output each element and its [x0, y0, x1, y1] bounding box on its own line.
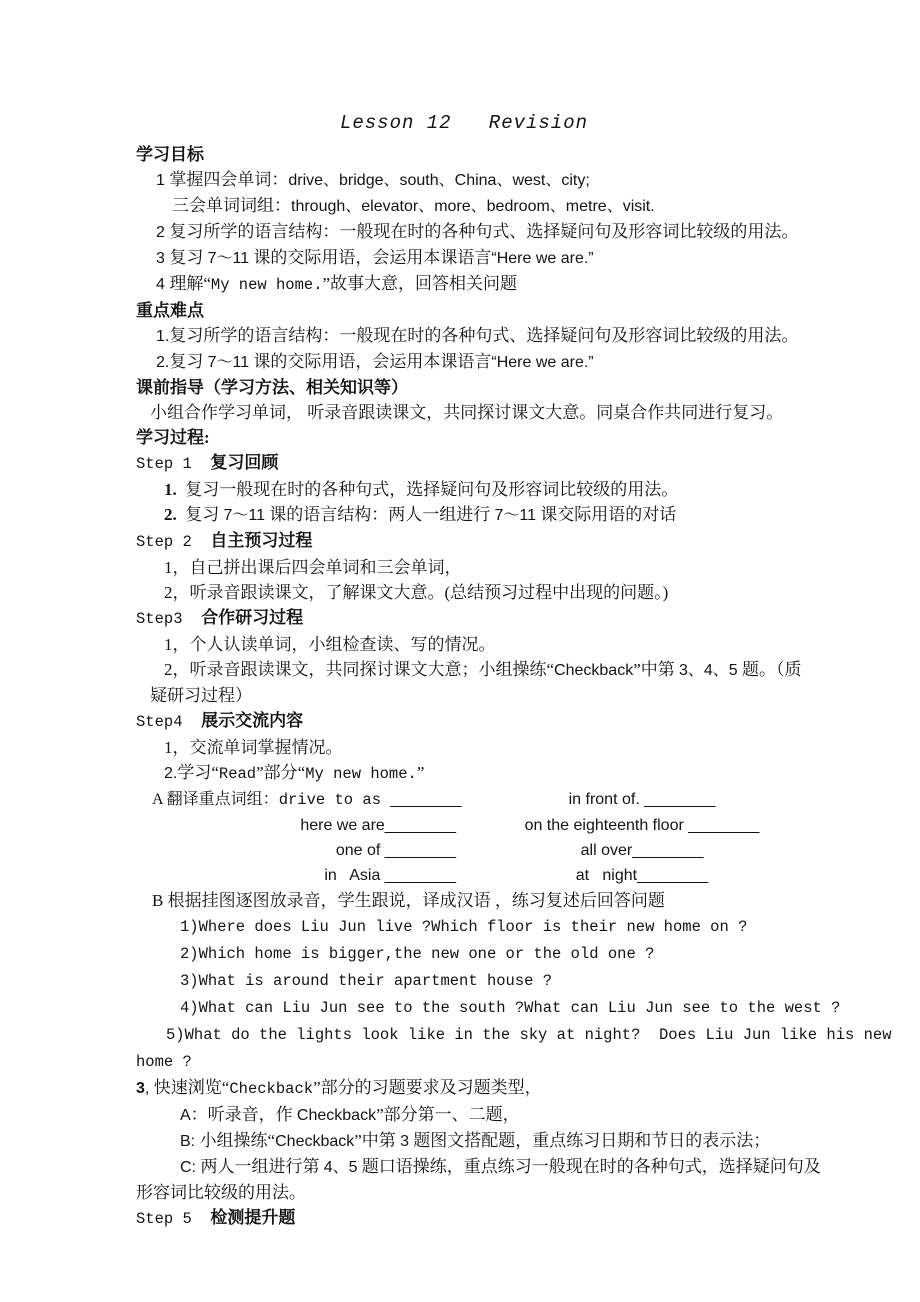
text-run: 1. — [164, 480, 177, 499]
goal-3: 3 复习 7～11 课的交际用语，会运用本课语言“Here we are.” — [136, 245, 792, 271]
text-run: Read — [219, 765, 256, 783]
text-run: 课的交际用语，会运用本课语言 — [249, 352, 491, 371]
blank-pair-right-cell: on the eighteenth floor ________ — [470, 813, 792, 838]
text-run: 1，交流单词掌握情况。 — [164, 738, 343, 757]
blank-row-2: here we are________on the eighteenth flo… — [136, 813, 792, 838]
question-5-cont: home ? — [136, 1048, 792, 1075]
blank-pair-right-cell: at night________ — [470, 863, 792, 888]
text-run: 复习回顾 — [210, 453, 278, 472]
heading-key-points: 重点难点 — [136, 298, 792, 323]
text-run: 小组操练“ — [200, 1131, 276, 1150]
text-run: on the eighteenth floor ________ — [525, 817, 760, 834]
heading-pre-class-guidance: 课前指导（学习方法、相关知识等） — [136, 375, 792, 400]
text-run: A — [180, 1107, 191, 1124]
question-4: 4)What can Liu Jun see to the south ?Wha… — [136, 994, 792, 1021]
text-run: 2)Which home is bigger,the new one or th… — [180, 945, 654, 963]
text-run: 形容词比较级的用法。 — [136, 1183, 306, 1202]
task-3c-cont: 形容词比较级的用法。 — [136, 1180, 792, 1205]
text-run: Step3 — [136, 610, 201, 628]
text-run: 3、4、5 — [679, 662, 738, 679]
step-5-heading: Step 5 检测提升题 — [136, 1205, 792, 1232]
blank-pair-left-cell: in Asia ________ — [136, 863, 470, 888]
text-run: ”部分的习题要求及习题类型， — [313, 1078, 542, 1097]
key-2: 2.复习 7～11 课的交际用语，会运用本课语言“Here we are.” — [136, 349, 792, 375]
text-run: 复习 — [177, 505, 224, 524]
text-run: 3 — [156, 250, 169, 267]
task-3a: A：听录音，作 Checkback”部分第一、二题， — [136, 1102, 792, 1128]
text-run: “Here we are.” — [491, 250, 593, 267]
step-3-heading: Step3 合作研习过程 — [136, 605, 792, 632]
text-run: at night________ — [576, 867, 709, 884]
step3-item-2-cont: 疑研习过程） — [136, 683, 792, 708]
text-run: A 翻译重点词组： — [152, 791, 279, 808]
text-run: 3)What is around their apartment house ? — [180, 972, 552, 990]
pre-class-note: 小组合作学习单词， 听录音跟读课文，共同探讨课文大意。同桌合作共同进行复习。 — [136, 400, 792, 425]
text-run: 1. — [156, 328, 169, 345]
step1-item-2: 2. 复习 7～11 课的语言结构：两人一组进行 7～11 课交际用语的对话 — [136, 502, 792, 528]
step4-item-1: 1，交流单词掌握情况。 — [136, 735, 792, 760]
text-run: 课的交际用语，会运用本课语言 — [249, 248, 491, 267]
blank-pair-left-cell: here we are________ — [136, 813, 470, 838]
text-run: 5)What do the lights look like in the sk… — [166, 1026, 892, 1044]
step-4-heading: Step4 展示交流内容 — [136, 708, 792, 735]
text-run: 4)What can Liu Jun see to the south ?Wha… — [180, 999, 840, 1017]
blank-row-3: one of ________all over________ — [136, 838, 792, 863]
question-1: 1)Where does Liu Jun live ?Which floor i… — [136, 913, 792, 940]
text-run: 学习目标 — [136, 145, 204, 164]
text-run: 复习 — [169, 248, 207, 267]
text-run: in Asia ________ — [324, 867, 456, 884]
task-3c: C: 两人一组进行第 4、5 题口语操练，重点练习一般现在时的各种句式，选择疑问… — [136, 1154, 792, 1180]
text-run: 2 — [156, 224, 169, 241]
text-run: 掌握四会单词： — [169, 170, 288, 189]
text-run: 复习所学的语言结构：一般现在时的各种句式、选择疑问句及形容词比较级的用法。 — [169, 222, 798, 241]
text-run: My new home. — [211, 276, 323, 294]
text-run: 7～11 — [208, 250, 250, 267]
text-run: 1)Where does Liu Jun live ?Which floor i… — [180, 918, 747, 936]
step3-item-2: 2，听录音跟读课文，共同探讨课文大意；小组操练“Checkback”中第 3、4… — [136, 657, 792, 683]
text-run: 2. — [164, 765, 177, 782]
document-lines: 学习目标1 掌握四会单词：drive、bridge、south、China、we… — [136, 142, 792, 1232]
text-run: 1 — [156, 172, 169, 189]
step1-item-1: 1. 复习一般现在时的各种句式，选择疑问句及形容词比较级的用法。 — [136, 477, 792, 502]
heading-learning-process: 学习过程: — [136, 425, 792, 450]
text-run: in front of. ________ — [569, 791, 716, 808]
text-run: 7～11 — [495, 507, 537, 524]
text-run: 复习所学的语言结构：一般现在时的各种句式、选择疑问句及形容词比较级的用法。 — [169, 326, 798, 345]
text-run: ”中第 — [633, 660, 679, 679]
text-run: 3 — [136, 1080, 145, 1097]
text-run: Step 1 — [136, 455, 210, 473]
text-run: 展示交流内容 — [201, 711, 303, 730]
text-run: Checkback — [554, 662, 633, 679]
text-run: B 根据挂图逐图放录音，学生跟说，译成汉语 ，练习复述后回答问题 — [152, 891, 665, 910]
text-run: 4、5 — [324, 1159, 358, 1176]
goal-4: 4 理解“My new home.”故事大意，回答相关问题 — [136, 271, 792, 298]
question-5: 5)What do the lights look like in the sk… — [136, 1021, 792, 1048]
blank-row-1: A 翻译重点词组：drive to as ________in front of… — [136, 787, 792, 813]
text-run: 4 — [156, 276, 169, 293]
key-1: 1.复习所学的语言结构：一般现在时的各种句式、选择疑问句及形容词比较级的用法。 — [136, 323, 792, 349]
text-run: 疑研习过程） — [150, 686, 252, 705]
task-3: 3, 快速浏览“Checkback”部分的习题要求及习题类型， — [136, 1075, 792, 1102]
document-page: Lesson 12 Revision 学习目标1 掌握四会单词：drive、br… — [0, 0, 920, 1302]
text-run: 检测提升题 — [210, 1208, 295, 1227]
text-run: ”中第 — [354, 1131, 400, 1150]
text-run: 2，听录音跟读课文，共同探讨课文大意；小组操练“ — [164, 660, 554, 679]
blank-pair-right-cell: all over________ — [470, 838, 792, 863]
blank-pair-right-cell: in front of. ________ — [470, 787, 792, 813]
text-run: Step 2 — [136, 533, 210, 551]
text-run: ：听录音，作 — [191, 1105, 297, 1124]
text-run: 课交际用语的对话 — [536, 505, 676, 524]
text-run: My new home. — [305, 765, 417, 783]
text-run: Checkback — [297, 1107, 376, 1124]
task-3b: B: 小组操练“Checkback”中第 3 题图文搭配题，重点练习日期和节日的… — [136, 1128, 792, 1154]
goal-1b: 三会单词词组：through、elevator、more、bedroom、met… — [136, 193, 792, 219]
question-2: 2)Which home is bigger,the new one or th… — [136, 940, 792, 967]
text-run: all over________ — [581, 842, 704, 859]
text-run: through、elevator、more、bedroom、metre、visi… — [291, 198, 655, 215]
text-run: 2. — [156, 354, 169, 371]
text-run: one of ________ — [336, 842, 456, 859]
goal-2: 2 复习所学的语言结构：一般现在时的各种句式、选择疑问句及形容词比较级的用法。 — [136, 219, 792, 245]
step2-item-2: 2，听录音跟读课文，了解课文大意。(总结预习过程中出现的问题。) — [136, 580, 792, 605]
text-run: 课的语言结构：两人一组进行 — [265, 505, 495, 524]
text-run: Step4 — [136, 713, 201, 731]
blank-pair-left-cell: A 翻译重点词组：drive to as ________ — [136, 787, 470, 813]
text-run: 两人一组进行第 — [200, 1157, 323, 1176]
goal-1: 1 掌握四会单词：drive、bridge、south、China、west、c… — [136, 167, 792, 193]
step2-item-1: 1，自己拼出课后四会单词和三会单词， — [136, 555, 792, 580]
blank-row-4: in Asia ________at night________ — [136, 863, 792, 888]
text-run: 学习过程: — [136, 428, 210, 447]
text-run: Checkback — [229, 1080, 313, 1098]
text-run: 自主预习过程 — [210, 531, 312, 550]
text-run: 7～11 — [208, 354, 250, 371]
text-run: 复习一般现在时的各种句式，选择疑问句及形容词比较级的用法。 — [177, 480, 679, 499]
text-run: “Here we are.” — [491, 354, 593, 371]
part-b-instruction: B 根据挂图逐图放录音，学生跟说，译成汉语 ，练习复述后回答问题 — [136, 888, 792, 913]
heading-learning-goals: 学习目标 — [136, 142, 792, 167]
text-run: 快速浏览“ — [154, 1078, 230, 1097]
text-run: Checkback — [275, 1133, 354, 1150]
question-3: 3)What is around their apartment house ? — [136, 967, 792, 994]
text-run: ”故事大意，回答相关问题 — [323, 274, 518, 293]
text-run: 2. — [164, 505, 177, 524]
text-run: 小组合作学习单词， 听录音跟读课文，共同探讨课文大意。同桌合作共同进行复习。 — [150, 403, 783, 422]
text-run: 学习“ — [177, 763, 219, 782]
text-run: ” — [417, 763, 425, 782]
text-run: 复习 — [169, 352, 207, 371]
document-title: Lesson 12 Revision — [136, 108, 792, 142]
step-2-heading: Step 2 自主预习过程 — [136, 528, 792, 555]
text-run: 2，听录音跟读课文，了解课文大意。(总结预习过程中出现的问题。) — [164, 583, 668, 602]
text-run: B: — [180, 1133, 200, 1150]
text-run: , — [145, 1080, 154, 1097]
text-run: ”部分第一、二题， — [376, 1105, 520, 1124]
text-run: 题。（质 — [738, 660, 802, 679]
text-run: here we are________ — [300, 817, 456, 834]
text-run: 1，自己拼出课后四会单词和三会单词， — [164, 558, 462, 577]
text-run: 三会单词词组： — [172, 196, 291, 215]
step3-item-1: 1，个人认读单词，小组检查读、写的情况。 — [136, 632, 792, 657]
text-run: home ? — [136, 1053, 192, 1071]
text-run: 重点难点 — [136, 301, 204, 320]
text-run: ________ — [390, 791, 461, 808]
text-run: 7～11 — [224, 507, 266, 524]
step4-item-2: 2.学习“Read”部分“My new home.” — [136, 760, 792, 787]
text-run: 题图文搭配题，重点练习日期和节日的表示法； — [409, 1131, 770, 1150]
text-run: 课前指导（学习方法、相关知识等） — [136, 378, 408, 397]
text-run: drive to as — [279, 791, 391, 809]
blank-pair-left-cell: one of ________ — [136, 838, 470, 863]
text-run: 合作研习过程 — [201, 608, 303, 627]
text-run: 题口语操练，重点练习一般现在时的各种句式，选择疑问句及 — [358, 1157, 821, 1176]
step-1-heading: Step 1 复习回顾 — [136, 450, 792, 477]
text-run: Step 5 — [136, 1210, 210, 1228]
text-run: 3 — [400, 1133, 409, 1150]
text-run: C: — [180, 1159, 200, 1176]
text-run: 1，个人认读单词，小组检查读、写的情况。 — [164, 635, 496, 654]
text-run: drive、bridge、south、China、west、city; — [288, 172, 589, 189]
text-run: 理解“ — [169, 274, 211, 293]
text-run: ”部分“ — [256, 763, 305, 782]
